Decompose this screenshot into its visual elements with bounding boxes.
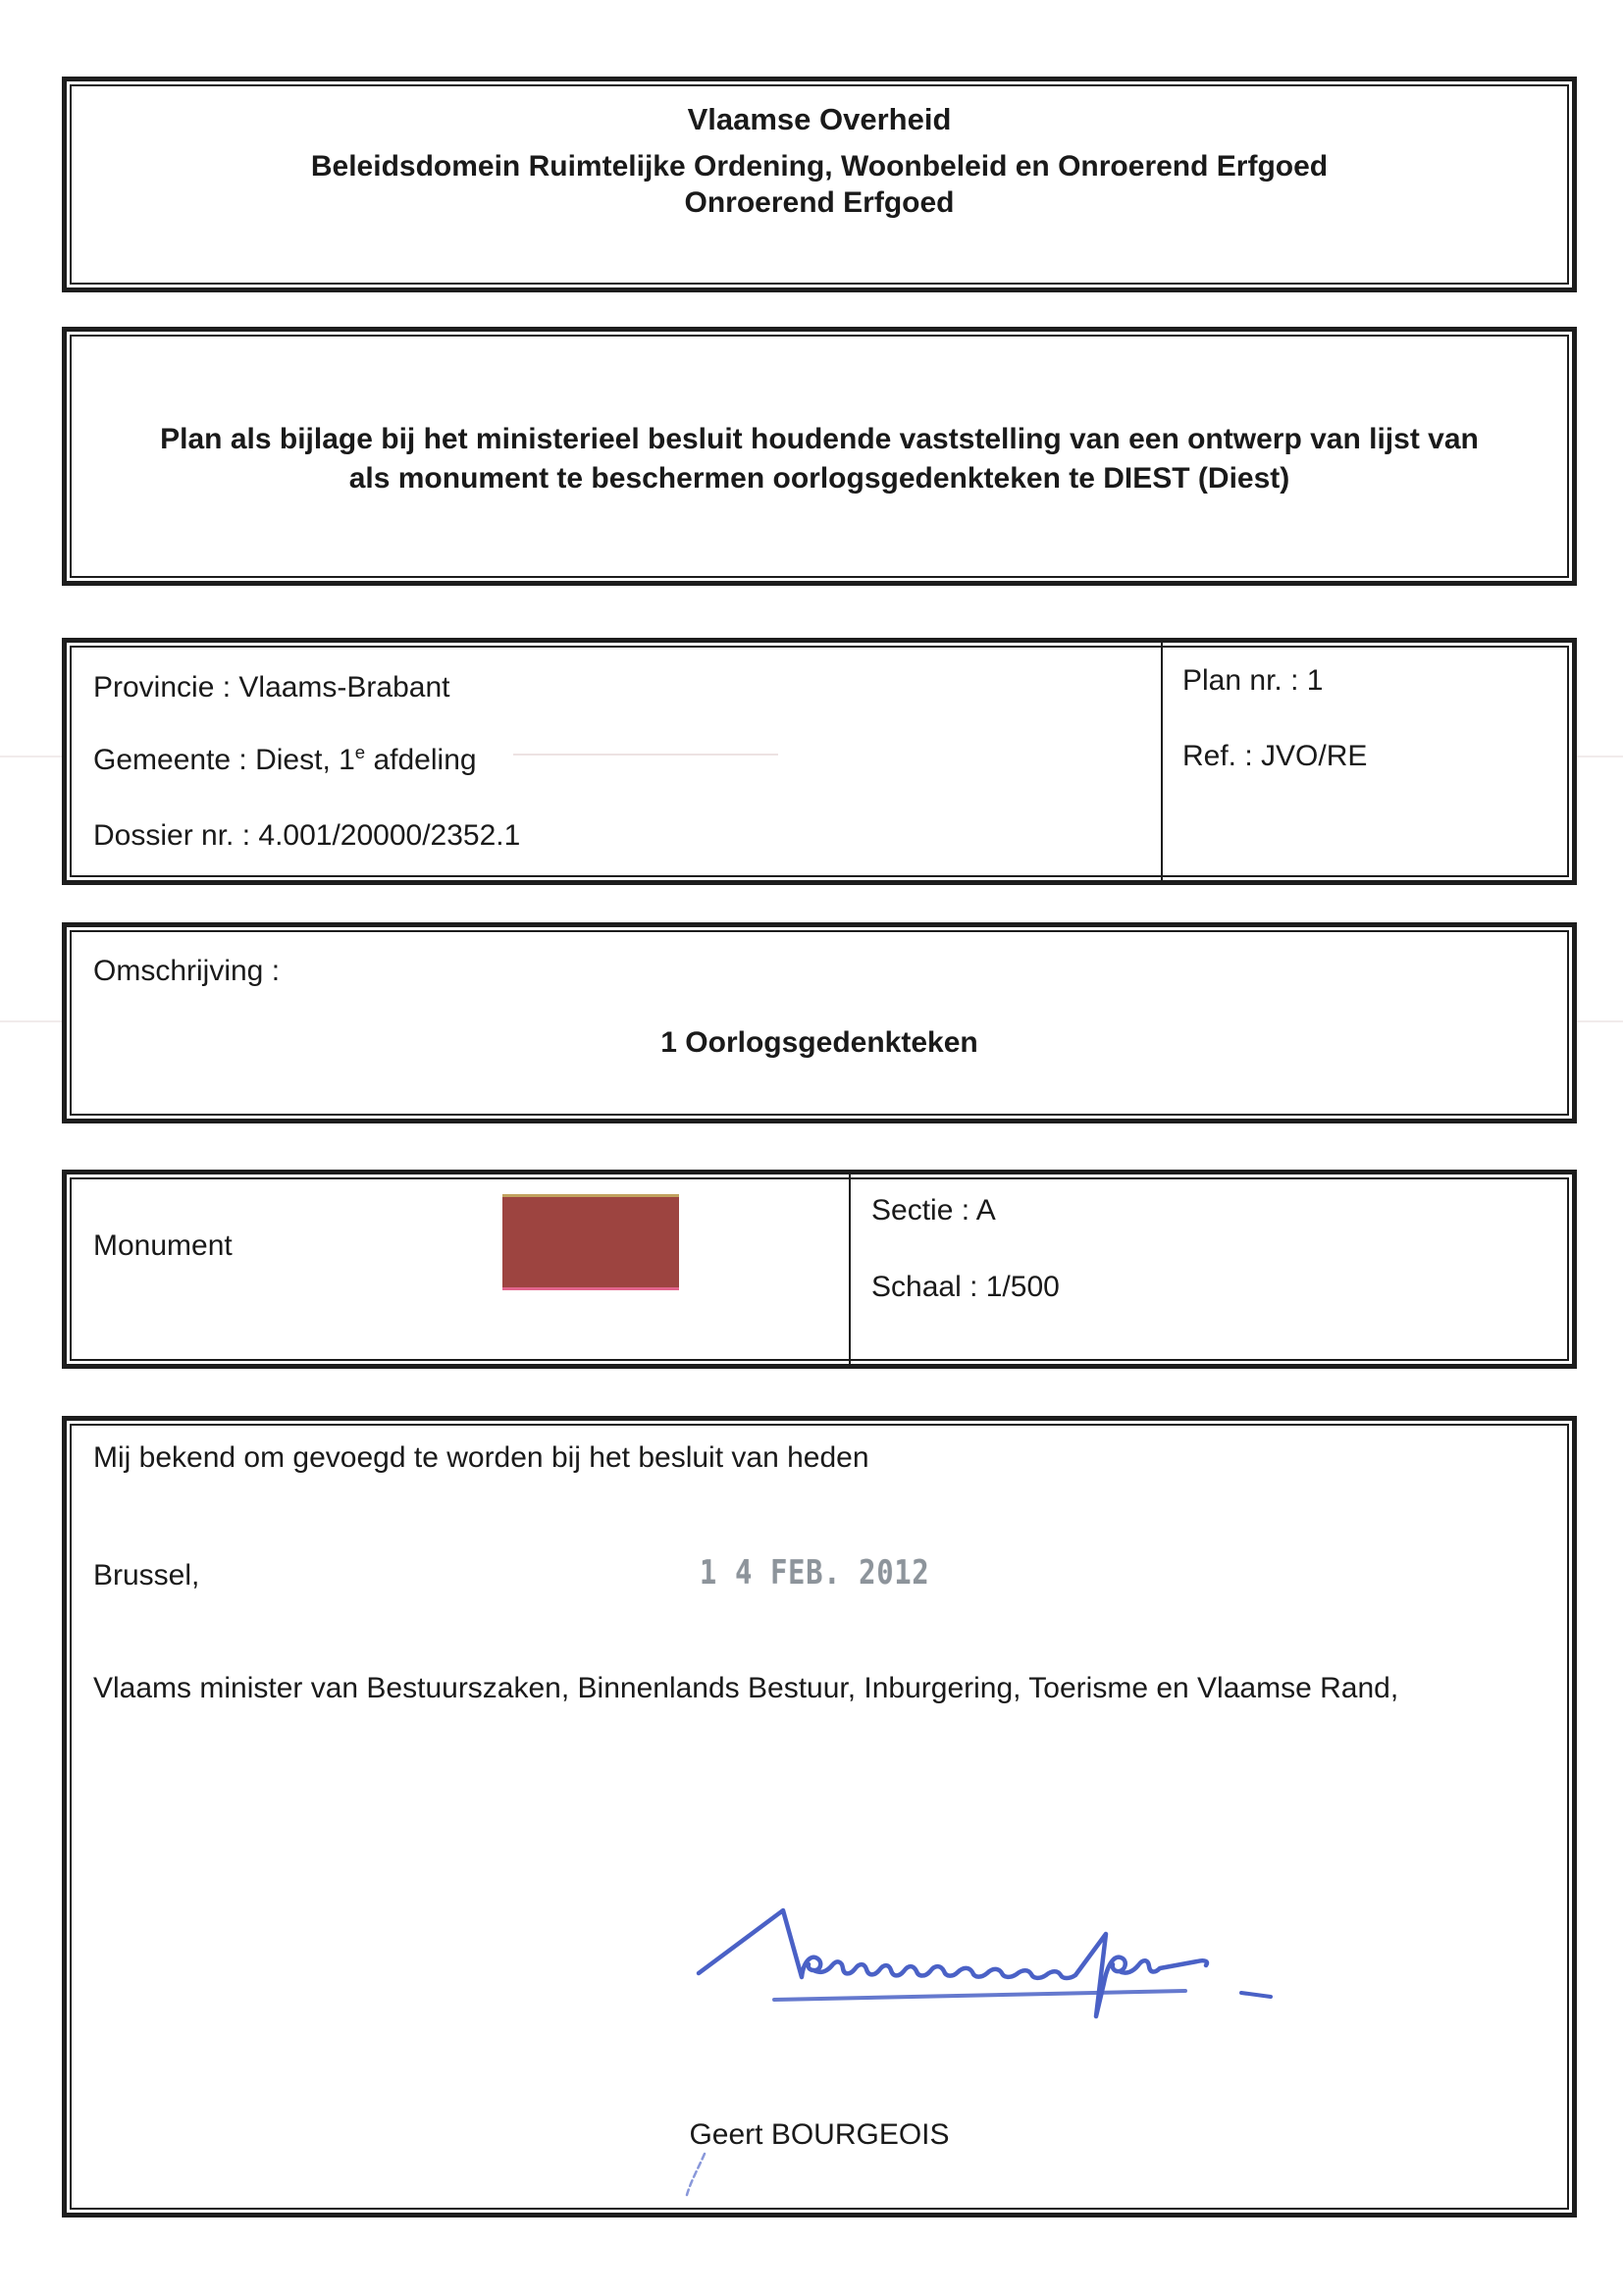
- details-box: Provincie : Vlaams-Brabant Gemeente : Di…: [62, 638, 1577, 885]
- gemeente-line: Gemeente : Diest, 1e afdeling: [93, 743, 477, 778]
- description-label: Omschrijving :: [93, 954, 280, 989]
- signature-image: [667, 1899, 1276, 2080]
- schaal-line: Schaal : 1/500: [871, 1270, 1060, 1305]
- title-line-2: als monument te beschermen oorlogsgedenk…: [67, 461, 1572, 496]
- closing-box: Mij bekend om gevoegd te worden bij het …: [62, 1416, 1577, 2218]
- provincie-line: Provincie : Vlaams-Brabant: [93, 670, 450, 705]
- header-box: Vlaamse Overheid Beleidsdomein Ruimtelij…: [62, 77, 1577, 292]
- org-name: Vlaamse Overheid: [67, 102, 1572, 137]
- monument-color-swatch: [502, 1194, 679, 1290]
- pen-flick: [685, 2152, 708, 2197]
- faint-dotted-rule: [513, 754, 778, 756]
- gemeente-superscript: e: [355, 742, 365, 762]
- statement-line: Mij bekend om gevoegd te worden bij het …: [93, 1440, 869, 1476]
- document-page: Vlaamse Overheid Beleidsdomein Ruimtelij…: [0, 0, 1623, 2296]
- legend-cell-divider: [849, 1174, 851, 1364]
- description-value: 1 Oorlogsgedenkteken: [67, 1025, 1572, 1061]
- sectie-line: Sectie : A: [871, 1193, 996, 1228]
- signer-name: Geert BOURGEOIS: [67, 2117, 1572, 2153]
- title-box: Plan als bijlage bij het ministerieel be…: [62, 327, 1577, 586]
- policy-domain-line: Beleidsdomein Ruimtelijke Ordening, Woon…: [67, 149, 1572, 184]
- signature-underline: [774, 1991, 1185, 2000]
- gemeente-text-suffix: afdeling: [365, 744, 476, 776]
- dossier-line: Dossier nr. : 4.001/20000/2352.1: [93, 818, 520, 854]
- details-cell-divider: [1161, 643, 1163, 880]
- date-stamp: 1 4 FEB. 2012: [700, 1553, 929, 1592]
- plan-nr-line: Plan nr. : 1: [1182, 663, 1323, 699]
- place-line: Brussel,: [93, 1558, 199, 1593]
- description-box: Omschrijving : 1 Oorlogsgedenkteken: [62, 922, 1577, 1123]
- gemeente-text: Gemeente : Diest, 1: [93, 744, 355, 776]
- title-line-1: Plan als bijlage bij het ministerieel be…: [67, 422, 1572, 457]
- legend-box: Monument Sectie : A Schaal : 1/500: [62, 1170, 1577, 1369]
- minister-line: Vlaams minister van Bestuurszaken, Binne…: [93, 1671, 1398, 1706]
- ref-line: Ref. : JVO/RE: [1182, 739, 1367, 774]
- legend-label: Monument: [93, 1228, 233, 1264]
- signature-dash: [1241, 1993, 1271, 1997]
- agency-line: Onroerend Erfgoed: [67, 185, 1572, 221]
